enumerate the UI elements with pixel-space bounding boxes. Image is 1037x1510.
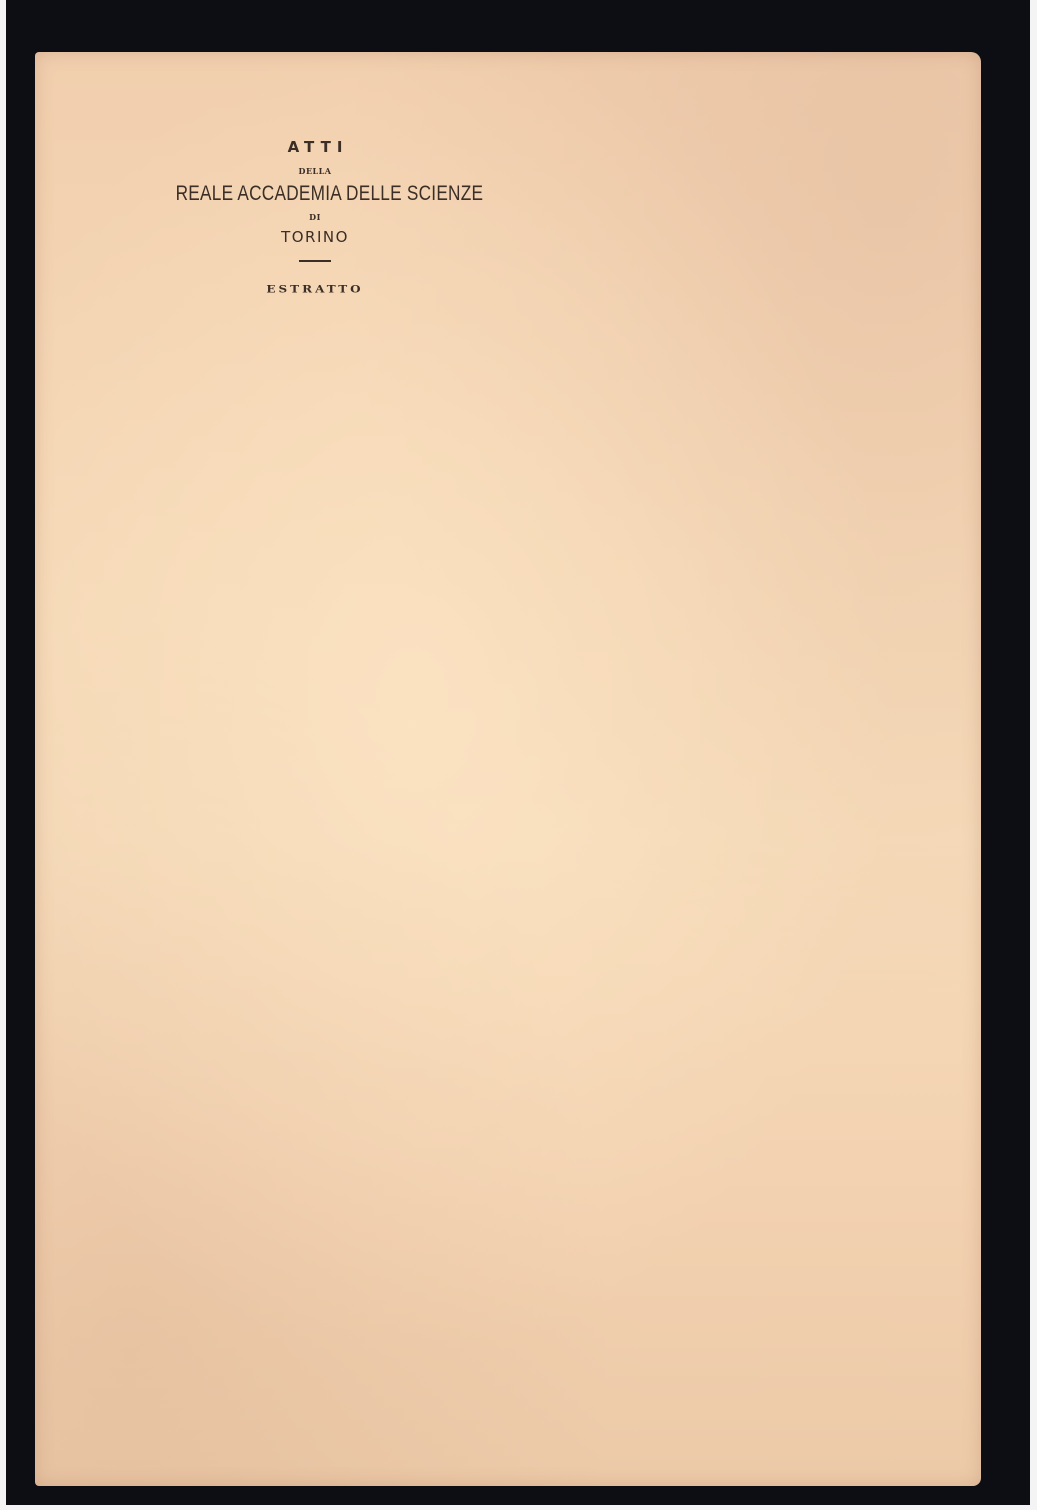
header-di: DI: [145, 212, 485, 222]
header-academy-name: REALE ACCADEMIA DELLE SCIENZE: [176, 182, 455, 206]
document-cover-page: ATTI DELLA REALE ACCADEMIA DELLE SCIENZE…: [35, 52, 981, 1486]
header-della: DELLA: [145, 166, 485, 176]
scan-margin-left: [0, 0, 6, 1510]
scan-margin-bottom: [0, 1505, 1037, 1510]
header-divider: [299, 260, 331, 262]
header-city: TORINO: [145, 228, 485, 246]
header-subtitle-estratto: ESTRATTO: [145, 283, 485, 295]
scan-margin-right: [1030, 0, 1037, 1510]
header-title-atti: ATTI: [151, 138, 485, 156]
publication-header: ATTI DELLA REALE ACCADEMIA DELLE SCIENZE…: [145, 138, 485, 296]
